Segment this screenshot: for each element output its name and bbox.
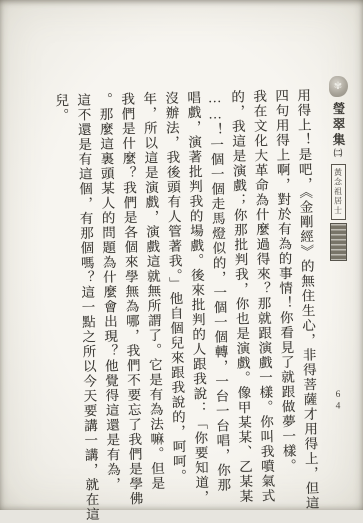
page-number: 64	[333, 390, 343, 413]
scanned-book-page: ✾ 瑩翠集㈡ 黃念祖居士 64 用得上！是吧，《金剛經》的無住生心，非得菩薩才用…	[0, 0, 363, 510]
text-body: 用得上！是吧，《金剛經》的無住生心，非得菩薩才用得上，但這 四句用得上啊，對於有…	[49, 88, 321, 493]
volume-mark: ㈡	[333, 149, 343, 158]
series-label-badge	[330, 223, 347, 261]
author-label: 黃念祖居士	[334, 168, 343, 216]
author-label-box: 黃念祖居士	[331, 164, 346, 220]
flower-seal-icon: ✾	[329, 76, 348, 97]
book-title-text: 瑩翠集	[331, 102, 345, 149]
running-head: ✾ 瑩翠集㈡ 黃念祖居士	[325, 76, 351, 261]
book-title: 瑩翠集㈡	[329, 102, 347, 157]
